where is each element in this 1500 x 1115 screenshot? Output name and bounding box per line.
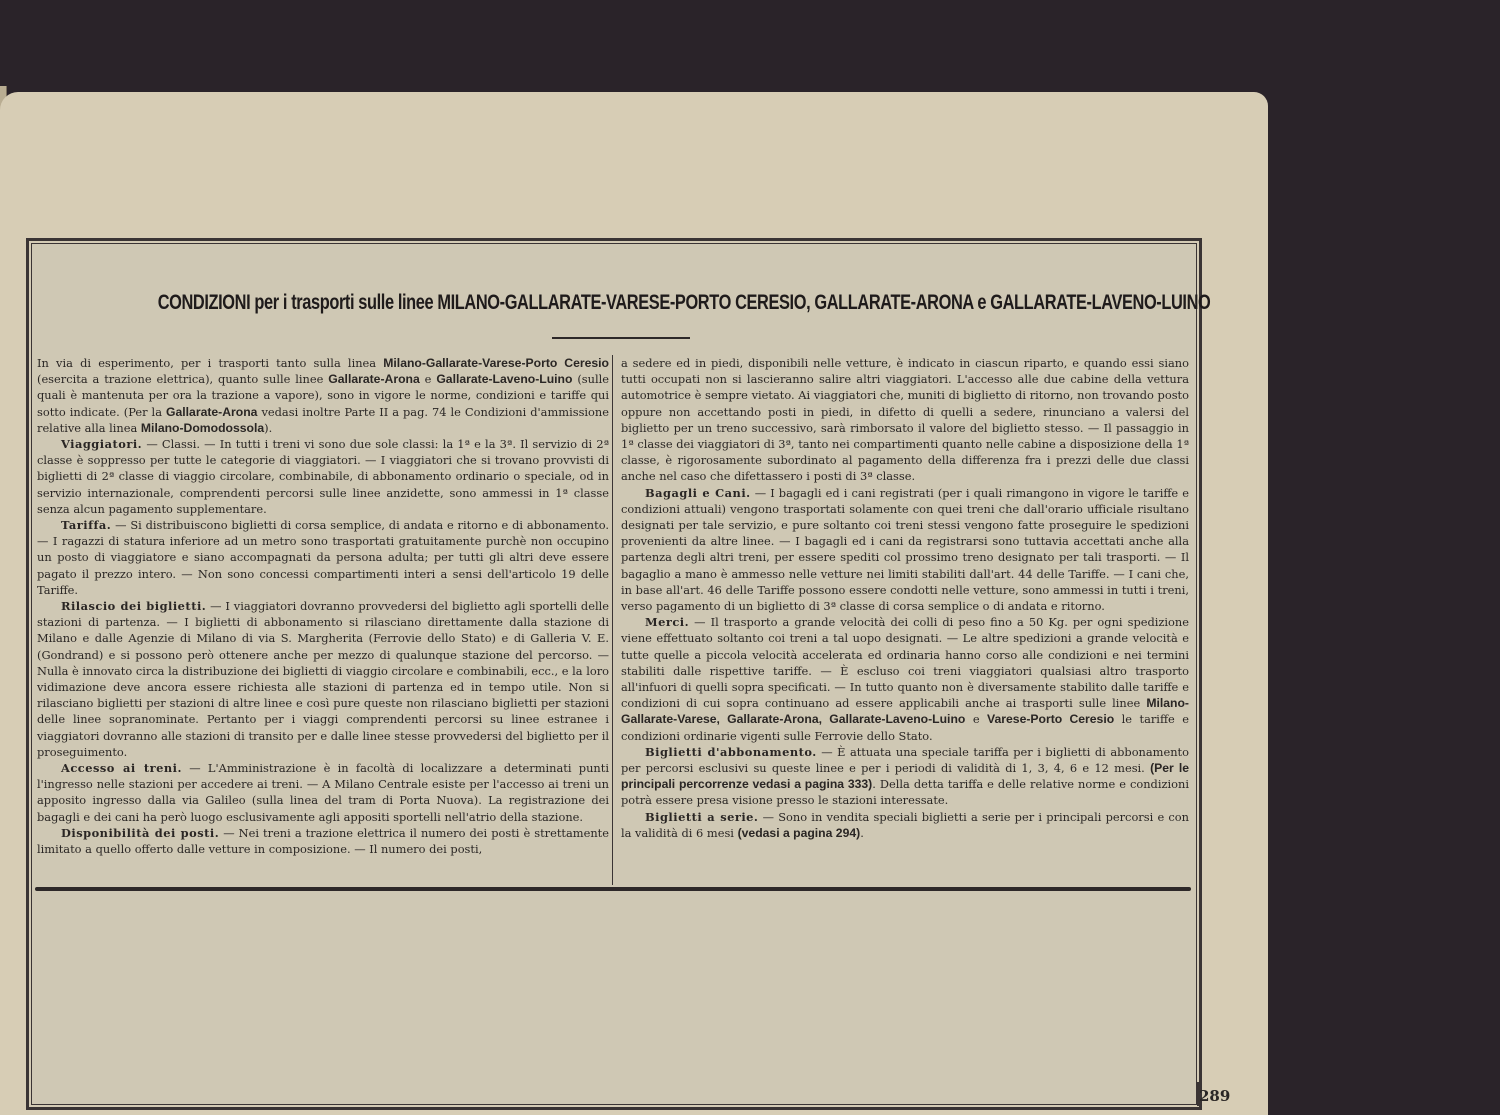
page-number: 289	[1199, 1087, 1230, 1105]
section-bagagli: Bagagli e Cani. — I bagagli ed i cani re…	[621, 485, 1189, 615]
section-heading: Biglietti d'abbonamento.	[645, 745, 817, 759]
bottom-rule	[35, 887, 1191, 891]
section-heading: Tariffa.	[61, 518, 111, 532]
section-heading: Merci.	[645, 615, 689, 629]
column-divider	[612, 355, 613, 885]
section-heading: Rilascio dei biglietti.	[61, 599, 206, 613]
section-heading: Disponibilità dei posti.	[61, 826, 219, 840]
right-column: a sedere ed in piedi, disponibili nelle …	[621, 355, 1189, 841]
section-abbonamento: Biglietti d'abbonamento. — È attuata una…	[621, 744, 1189, 809]
section-merci: Merci. — Il trasporto a grande velocità …	[621, 614, 1189, 744]
book-page: CONDIZIONI per i trasporti sulle linee M…	[0, 92, 1268, 1115]
section-heading: Accesso ai treni.	[61, 761, 182, 775]
section-heading: Biglietti a serie.	[645, 810, 758, 824]
section-tariffa: Tariffa. — Si distribuiscono biglietti d…	[37, 517, 609, 598]
section-accesso: Accesso ai treni. — L'Amministrazione è …	[37, 760, 609, 825]
section-viaggiatori: Viaggiatori. — Classi. — In tutti i tren…	[37, 436, 609, 517]
intro-paragraph: In via di esperimento, per i trasporti t…	[37, 355, 609, 436]
section-disponibilita-continued: a sedere ed in piedi, disponibili nelle …	[621, 355, 1189, 485]
title-underline	[552, 337, 690, 339]
content-frame: CONDIZIONI per i trasporti sulle linee M…	[26, 238, 1202, 1110]
section-disponibilita: Disponibilità dei posti. — Nei treni a t…	[37, 825, 609, 857]
section-heading: Viaggiatori.	[61, 437, 142, 451]
left-column: In via di esperimento, per i trasporti t…	[37, 355, 609, 857]
page-title: CONDIZIONI per i trasporti sulle linee M…	[158, 291, 1071, 315]
section-rilascio: Rilascio dei biglietti. — I viaggiatori …	[37, 598, 609, 760]
section-serie: Biglietti a serie. — Sono in vendita spe…	[621, 809, 1189, 841]
section-heading: Bagagli e Cani.	[645, 486, 751, 500]
